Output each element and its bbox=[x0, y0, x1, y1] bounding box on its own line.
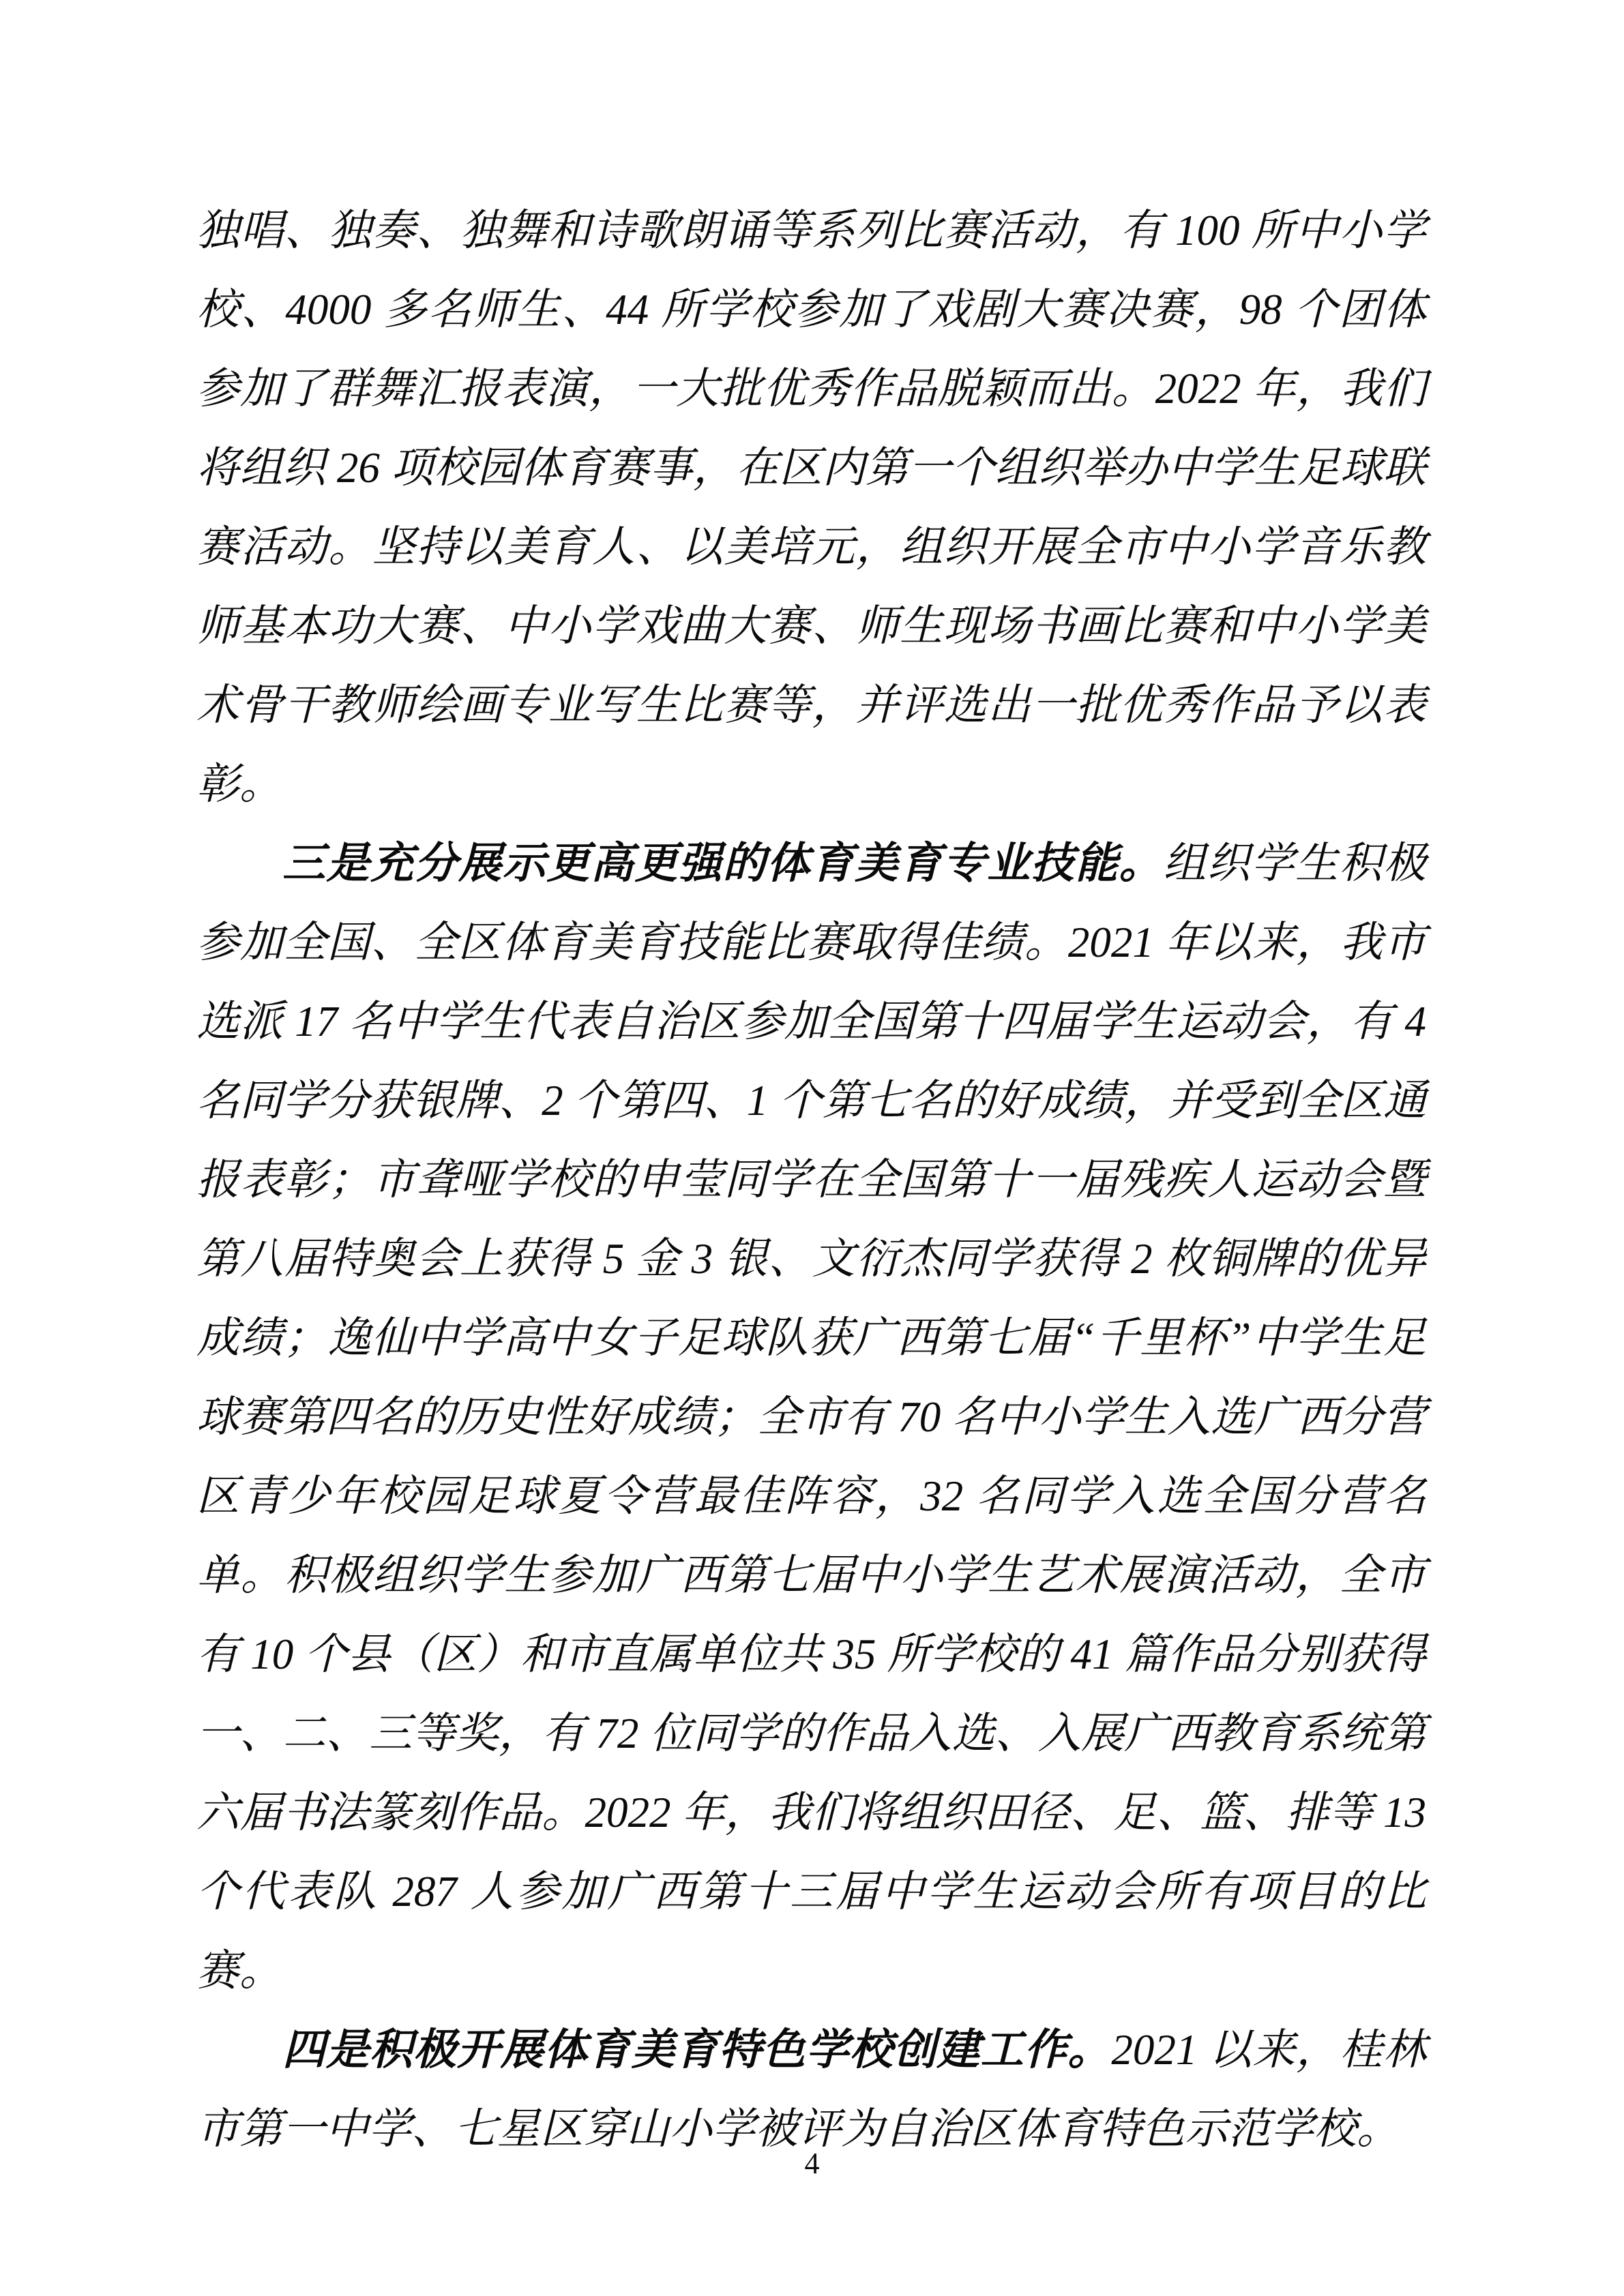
paragraph: 三是充分展示更高更强的体育美育专业技能。组织学生积极参加全国、全区体育美育技能比… bbox=[196, 824, 1426, 2010]
document-body: 独唱、独奏、独舞和诗歌朗诵等系列比赛活动，有 100 所中小学校、4000 多名… bbox=[196, 191, 1426, 2168]
paragraph-container: 独唱、独奏、独舞和诗歌朗诵等系列比赛活动，有 100 所中小学校、4000 多名… bbox=[196, 191, 1426, 2168]
paragraph: 四是积极开展体育美育特色学校创建工作。2021 以来，桂林市第一中学、七星区穿山… bbox=[196, 2010, 1426, 2168]
paragraph: 独唱、独奏、独舞和诗歌朗诵等系列比赛活动，有 100 所中小学校、4000 多名… bbox=[196, 191, 1426, 824]
page-number: 4 bbox=[0, 2147, 1624, 2181]
document-page: 独唱、独奏、独舞和诗歌朗诵等系列比赛活动，有 100 所中小学校、4000 多名… bbox=[0, 0, 1624, 2296]
text-run: 独唱、独奏、独舞和诗歌朗诵等系列比赛活动，有 100 所中小学校、4000 多名… bbox=[196, 207, 1426, 808]
bold-text-run: 三是充分展示更高更强的体育美育专业技能。 bbox=[282, 839, 1163, 887]
bold-text-run: 四是积极开展体育美育特色学校创建工作。 bbox=[282, 2026, 1111, 2074]
text-run: 组织学生积极参加全国、全区体育美育技能比赛取得佳绩。2021 年以来，我市选派 … bbox=[196, 839, 1426, 1995]
